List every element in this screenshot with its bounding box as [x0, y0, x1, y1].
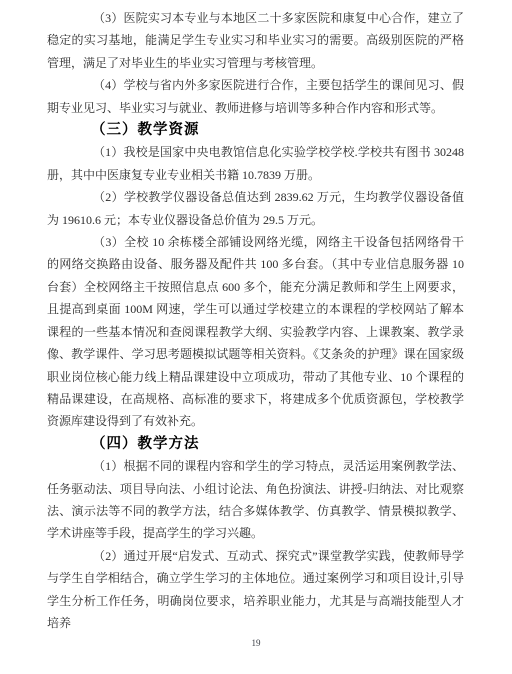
- paragraph-hospital-internship: （3）医院实习本专业与本地区二十多家医院和康复中心合作，建立了稳定的实习基地，能…: [47, 7, 464, 74]
- paragraph-equipment-value: （2）学校教学仪器设备总值达到 2839.62 万元，生均教学仪器设备值为 19…: [47, 186, 464, 231]
- document-content: （3）医院实习本专业与本地区二十多家医院和康复中心合作，建立了稳定的实习基地，能…: [47, 7, 464, 634]
- section-heading-teaching-resources: （三）教学资源: [47, 119, 464, 141]
- document-page: （3）医院实习本专业与本地区二十多家医院和康复中心合作，建立了稳定的实习基地，能…: [0, 0, 512, 674]
- section-heading-teaching-methods: （四）教学方法: [47, 433, 464, 455]
- page-number: 19: [0, 638, 512, 648]
- paragraph-teaching-method-list: （1）根据不同的课程内容和学生的学习特点，灵活运用案例教学法、任务驱动法、项目导…: [47, 455, 464, 545]
- paragraph-classroom-practice: （2）通过开展“启发式、互动式、探究式”课堂教学实践，使教师导学与学生自学相结合…: [47, 545, 464, 635]
- paragraph-school-cooperation: （4）学校与省内外多家医院进行合作，主要包括学生的课间见习、假期专业见习、毕业实…: [47, 74, 464, 119]
- paragraph-campus-network: （3）全校 10 余栋楼全部铺设网络光缆，网络主干设备包括网络骨干的网络交换路由…: [47, 231, 464, 433]
- paragraph-library-books: （1）我校是国家中央电教馆信息化实验学校学校.学校共有图书 30248 册，其中…: [47, 141, 464, 186]
